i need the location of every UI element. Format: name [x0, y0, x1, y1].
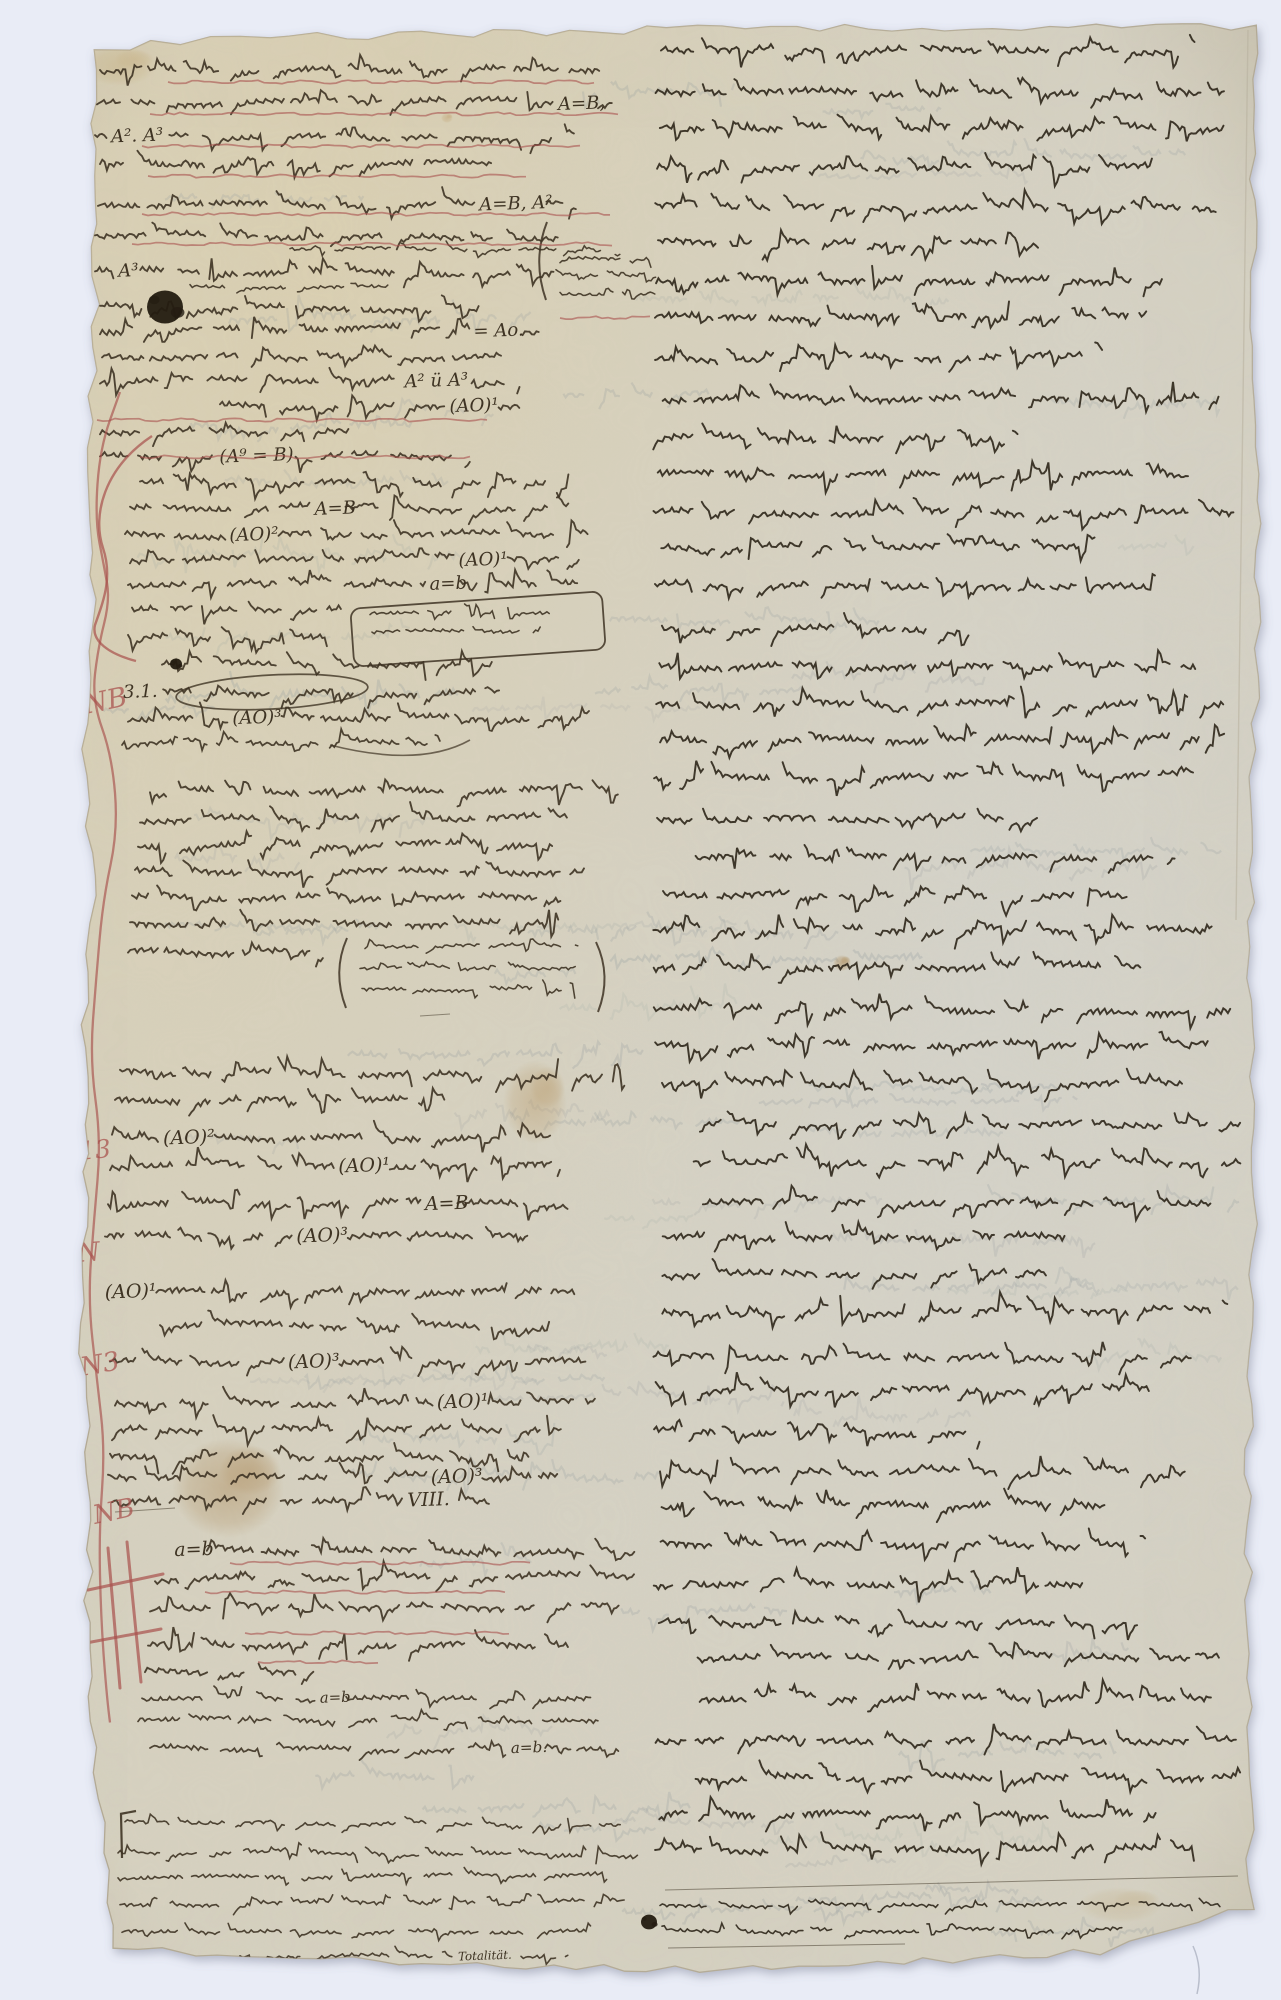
legible-fragment: (AO)² — [229, 523, 279, 546]
legible-fragment: A=B, A² — [477, 192, 553, 216]
legible-fragment: A=B — [423, 1192, 469, 1216]
legible-fragment: (AO)³ — [430, 1465, 482, 1489]
legible-fragment: (AO)³ — [288, 1350, 340, 1374]
legible-fragment: a=b — [429, 573, 467, 595]
legible-fragment: A³ — [116, 260, 139, 282]
legible-fragment: (AO)¹ — [449, 394, 499, 417]
legible-fragment: = Ao. — [473, 319, 524, 342]
legible-fragment: a=b — [320, 1689, 351, 1707]
legible-fragment: VIII. — [407, 1488, 450, 1511]
legible-fragment: (AO)¹ — [458, 548, 508, 571]
paper-surface: A=B,A². A³A=B, A²A³= Ao.A² ü A³(AO)¹(A⁹ … — [0, 0, 1281, 2000]
manuscript-page-svg: A=B,A². A³A=B, A²A³= Ao.A² ü A³(AO)¹(A⁹ … — [0, 0, 1281, 2000]
legible-fragment: Totalität. — [458, 1948, 512, 1964]
legible-fragment: 3.1. — [123, 681, 158, 703]
legible-fragment: (AO)³ — [296, 1224, 348, 1248]
legible-fragment: (AO)² — [163, 1126, 215, 1150]
legible-fragment: a=b — [174, 1538, 214, 1561]
legible-fragment: A² ü A³ — [402, 369, 468, 392]
legible-fragment: A=B, — [556, 92, 606, 115]
legible-fragment: a=b. — [510, 1738, 547, 1757]
legible-fragment: (AO)¹ — [436, 1390, 488, 1414]
legible-fragment: (AO)¹ — [104, 1280, 156, 1304]
ink-blot — [641, 1915, 657, 1930]
legible-fragment: (AO)¹ — [338, 1154, 390, 1178]
legible-fragment: A². A³ — [109, 125, 164, 148]
manuscript-scan: A=B,A². A³A=B, A²A³= Ao.A² ü A³(AO)¹(A⁹ … — [0, 0, 1281, 2000]
legible-fragment: A=B — [312, 497, 356, 520]
